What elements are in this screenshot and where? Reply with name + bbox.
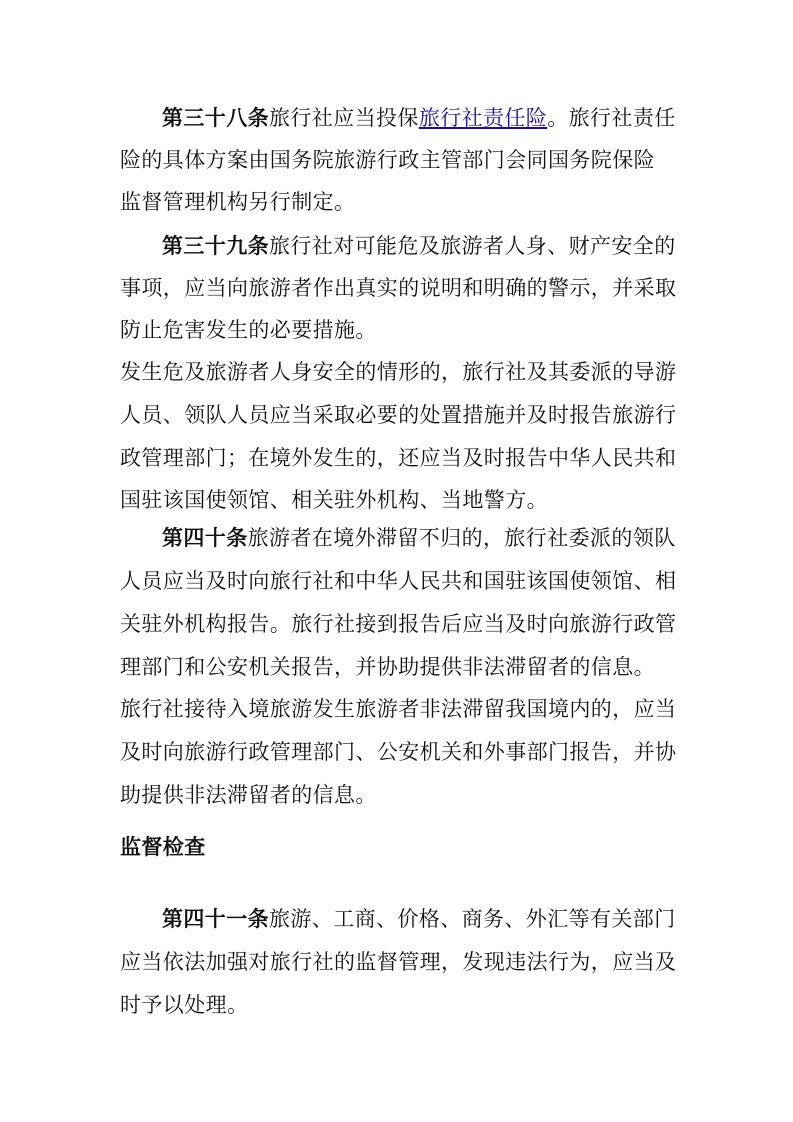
text-line: 及时向旅游行政管理部门、公安机关和外事部门报告，并协 [120, 738, 676, 766]
article-41-line-1: 第四十一条旅游、工商、价格、商务、外汇等有关部门 [162, 905, 676, 933]
text-line: 旅行社接待入境旅游发生旅游者非法滞留我国境内的，应当 [120, 695, 676, 723]
text-line: 人员、领队人员应当采取必要的处置措施并及时报告旅游行 [120, 401, 676, 429]
text-line: 事项，应当向旅游者作出真实的说明和明确的警示，并采取 [120, 274, 676, 302]
text-line: 应当依法加强对旅行社的监督管理，发现违法行为，应当及 [120, 948, 676, 976]
text-line: 理部门和公安机关报告，并协助提供非法滞留者的信息。 [120, 653, 655, 681]
text-line: 发生危及旅游者人身安全的情形的，旅行社及其委派的导游 [120, 358, 676, 386]
text-line: 助提供非法滞留者的信息。 [120, 781, 377, 809]
text-line: 关驻外机构报告。旅行社接到报告后应当及时向旅游行政管 [120, 610, 676, 638]
article-40-line-1: 第四十条旅游者在境外滞留不归的，旅行社委派的领队 [162, 524, 676, 552]
section-heading: 监督检查 [120, 833, 206, 861]
text-line: 险的具体方案由国务院旅游行政主管部门会同国务院保险 [120, 146, 655, 174]
article-38-line-1: 第三十八条旅行社应当投保旅行社责任险。旅行社责任 [162, 104, 676, 132]
text-line: 监督管理机构另行制定。 [120, 188, 355, 216]
text-line: 人员应当及时向旅行社和中华人民共和国驻该国使领馆、相 [120, 567, 676, 595]
text-line: 国驻该国使领馆、相关驻外机构、当地警方。 [120, 486, 548, 514]
article-39-line-1: 第三十九条旅行社对可能危及旅游者人身、财产安全的 [162, 232, 676, 260]
text-line: 时予以处理。 [120, 991, 248, 1019]
article-title: 第四十一条 [162, 907, 269, 931]
text-line: 防止危害发生的必要措施。 [120, 316, 377, 344]
article-title: 第三十八条 [162, 106, 269, 130]
insurance-link[interactable]: 旅行社责任险 [419, 106, 547, 130]
article-title: 第四十条 [162, 526, 248, 550]
text-line: 政管理部门；在境外发生的，还应当及时报告中华人民共和 [120, 444, 676, 472]
article-title: 第三十九条 [162, 234, 269, 258]
